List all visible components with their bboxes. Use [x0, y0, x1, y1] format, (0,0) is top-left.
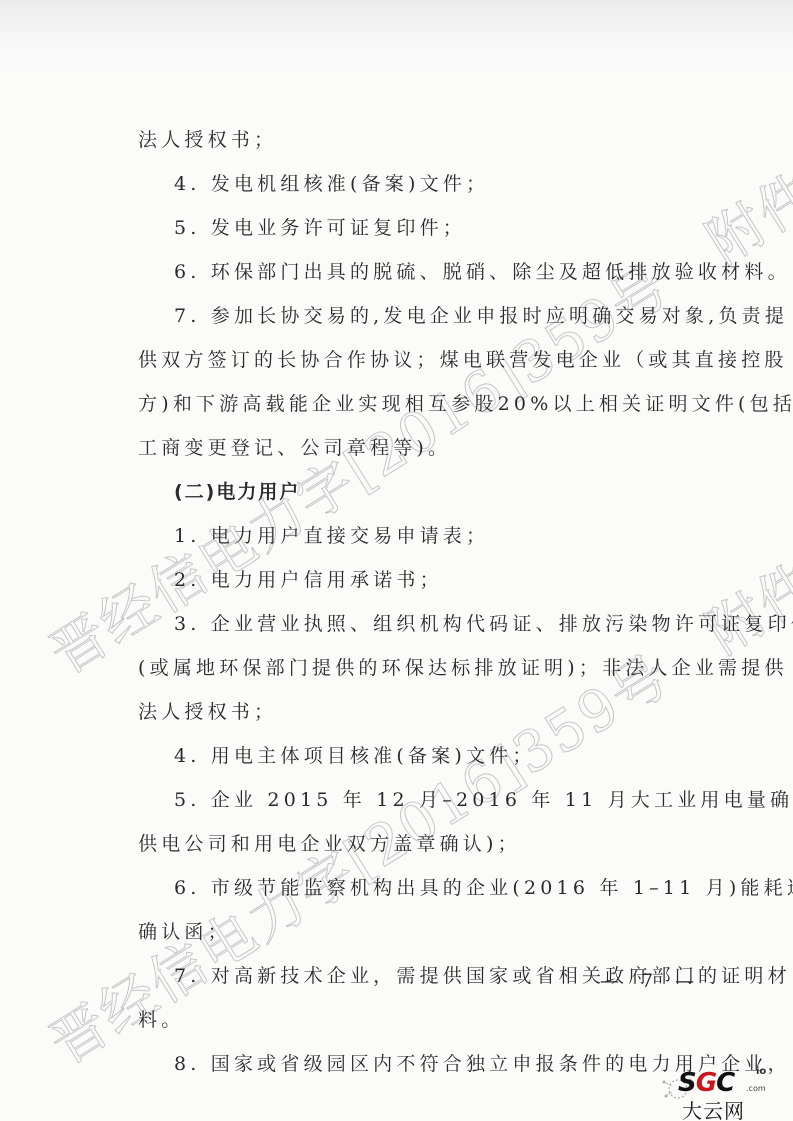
document-line: 供电公司和用电企业双方盖章确认)； — [138, 832, 521, 856]
document-line: 5. 发电业务许可证复印件； — [174, 216, 466, 240]
document-line: 4. 用电主体项目核准(备案)文件； — [174, 744, 536, 768]
document-line: 方)和下游高载能企业实现相互参股20%以上相关证明文件(包括 — [138, 392, 793, 416]
logo-wordmark: SGC — [678, 1068, 734, 1098]
logo-domain-suffix: .com — [746, 1084, 766, 1093]
document-line: 2. 电力用户信用承诺书； — [174, 568, 443, 592]
document-line: 法人授权书； — [138, 700, 277, 724]
document-line: 1. 电力用户直接交易申请表； — [174, 524, 489, 548]
document-line: (或属地环保部门提供的环保达标排放证明)；非法人企业需提供 — [138, 656, 788, 680]
document-line: 3. 企业营业执照、组织机构代码证、排放污染物许可证复印件 — [174, 612, 793, 636]
page-number: — 7 — — [600, 970, 702, 992]
document-line: 料。 — [138, 1008, 184, 1032]
document-line: 供双方签订的长协合作协议；煤电联营发电企业（或其直接控股 — [138, 348, 788, 372]
document-line: 7. 参加长协交易的,发电企业申报时应明确交易对象,负责提 — [174, 304, 788, 328]
scan-top-band — [0, 0, 793, 70]
document-line: 4. 发电机组核准(备案)文件； — [174, 172, 489, 196]
document-line: 6. 环保部门出具的脱硫、脱硝、除尘及超低排放验收材料。 — [174, 260, 791, 284]
document-line: 6. 市级节能监察机构出具的企业(2016 年 1–11 月)能耗达标 — [174, 876, 793, 900]
logo-superscript: io — [756, 1066, 766, 1077]
logo-chinese-name: 大云网 — [682, 1095, 745, 1121]
section-heading: (二)电力用户 — [174, 480, 300, 504]
sgcio-logo[interactable]: SGC io .com 大云网 — [672, 1068, 782, 1118]
document-line: 5. 企业 2015 年 12 月–2016 年 11 月大工业用电量确认表(需 — [174, 788, 793, 812]
document-line: 确认函； — [138, 920, 231, 944]
document-line: 工商变更登记、公司章程等)。 — [138, 436, 451, 460]
document-line: 法人授权书； — [138, 128, 277, 152]
